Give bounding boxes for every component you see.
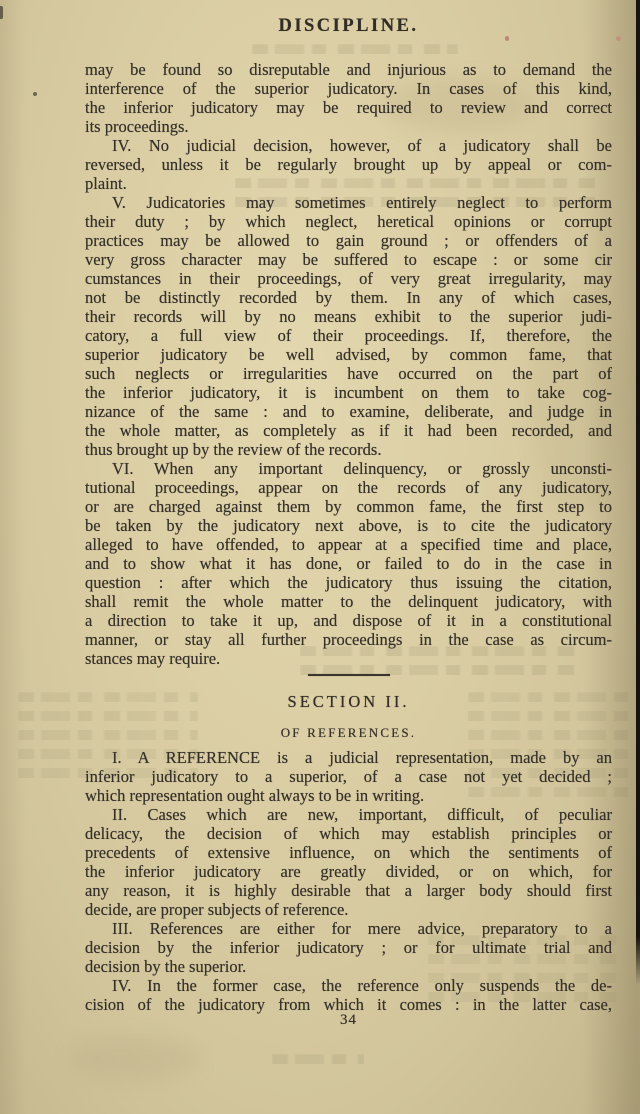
- body-line: IV. No judicial decision, however, of a …: [85, 136, 612, 155]
- body-line: precedents of extensive influence, on wh…: [85, 843, 612, 862]
- body-line: be taken by the judicatory next above, i…: [85, 516, 612, 535]
- body-line: superior judicatory be well advised, by …: [85, 345, 612, 364]
- running-head: DISCIPLINE.: [85, 16, 612, 37]
- body-line: II. Cases which are new, important, diff…: [85, 805, 612, 824]
- body-line: delicacy, the decision of which may esta…: [85, 824, 612, 843]
- paragraph: II. Cases which are new, important, diff…: [85, 805, 612, 919]
- paragraph: IV. In the former case, the reference on…: [85, 976, 612, 1014]
- body-line: catory, a full view of their proceedings…: [85, 326, 612, 345]
- paragraph: III. References are either for mere advi…: [85, 919, 612, 976]
- body-line: their duty ; by which neglect, heretical…: [85, 212, 612, 231]
- body-line: reversed, unless it be regularly brought…: [85, 155, 612, 174]
- body-line: and to show what it has done, or failed …: [85, 554, 612, 573]
- scan-speck: [33, 92, 37, 96]
- scan-speck: [505, 36, 509, 41]
- body-line: stances may require.: [85, 649, 612, 668]
- body-line: decide, are proper subjects of reference…: [85, 900, 612, 919]
- paragraph: IV. No judicial decision, however, of a …: [85, 136, 612, 193]
- section-heading: SECTION II.: [85, 692, 612, 712]
- body-line: III. References are either for mere advi…: [85, 919, 612, 938]
- book-page: DISCIPLINE. may be found so disreputable…: [0, 0, 640, 1114]
- paragraph: VI. When any important delinquency, or g…: [85, 459, 612, 668]
- body-line: not be distinctly recorded by them. In a…: [85, 288, 612, 307]
- body-line: V. Judicatories may sometimes entirely n…: [85, 193, 612, 212]
- body-line: very gross character may be suffered to …: [85, 250, 612, 269]
- scanner-edge-bar: [636, 0, 640, 985]
- paper-stain: [70, 1035, 200, 1081]
- body-line: the inferior judicatory, it is incumbent…: [85, 383, 612, 402]
- paragraph: V. Judicatories may sometimes entirely n…: [85, 193, 612, 459]
- body-line: their records will by no means exhibit t…: [85, 307, 612, 326]
- body-line: any reason, it is highly desirable that …: [85, 881, 612, 900]
- section-subheading: OF REFERENCES.: [85, 725, 612, 741]
- body-line: manner, or stay all further proceedings …: [85, 630, 612, 649]
- body-line: such neglects or irregularities have occ…: [85, 364, 612, 383]
- scan-edge-mark: [0, 6, 3, 19]
- paragraph: I. A REFERENCE is a judicial representat…: [85, 748, 612, 805]
- body-line: the whole matter, as completely as if it…: [85, 421, 612, 440]
- body-line: the inferior judicatory are greatly divi…: [85, 862, 612, 881]
- body-line: thus brought up by the review of the rec…: [85, 440, 612, 459]
- body-line: I. A REFERENCE is a judicial representat…: [85, 748, 612, 767]
- body-line: VI. When any important delinquency, or g…: [85, 459, 612, 478]
- body-line: inferior judicatory to a superior, of a …: [85, 767, 612, 786]
- body-line: practices may be allowed to gain ground …: [85, 231, 612, 250]
- body-line: may be found so disreputable and injurio…: [85, 60, 612, 79]
- body-line: shall remit the whole matter to the deli…: [85, 592, 612, 611]
- body-line: nizance of the same : and to examine, de…: [85, 402, 612, 421]
- body-line: which representation ought always to be …: [85, 786, 612, 805]
- page-number: 34: [85, 1012, 612, 1029]
- body-line: interference of the superior judicatory.…: [85, 79, 612, 98]
- body-line: plaint.: [85, 174, 612, 193]
- body-line: the inferior judicatory may be required …: [85, 98, 612, 117]
- body-line: question : after which the judicatory th…: [85, 573, 612, 592]
- body-line: decision by the inferior judicatory ; or…: [85, 938, 612, 957]
- body-line: alleged to have offended, to appear at a…: [85, 535, 612, 554]
- divider-rule: [308, 674, 390, 676]
- body-line: cumstances in their proceedings, of very…: [85, 269, 612, 288]
- bleedthrough-ghost: [272, 1054, 364, 1068]
- body-line: a direction to take it up, and dispose o…: [85, 611, 612, 630]
- text-block: may be found so disreputable and injurio…: [85, 60, 612, 1014]
- body-line: IV. In the former case, the reference on…: [85, 976, 612, 995]
- body-line: its proceedings.: [85, 117, 612, 136]
- paragraph: may be found so disreputable and injurio…: [85, 60, 612, 136]
- bleedthrough-ghost: [252, 44, 458, 58]
- body-line: tutional proceedings, appear on the reco…: [85, 478, 612, 497]
- body-line: decision by the superior.: [85, 957, 612, 976]
- body-line: or are charged against them by common fa…: [85, 497, 612, 516]
- scan-speck: [616, 36, 621, 41]
